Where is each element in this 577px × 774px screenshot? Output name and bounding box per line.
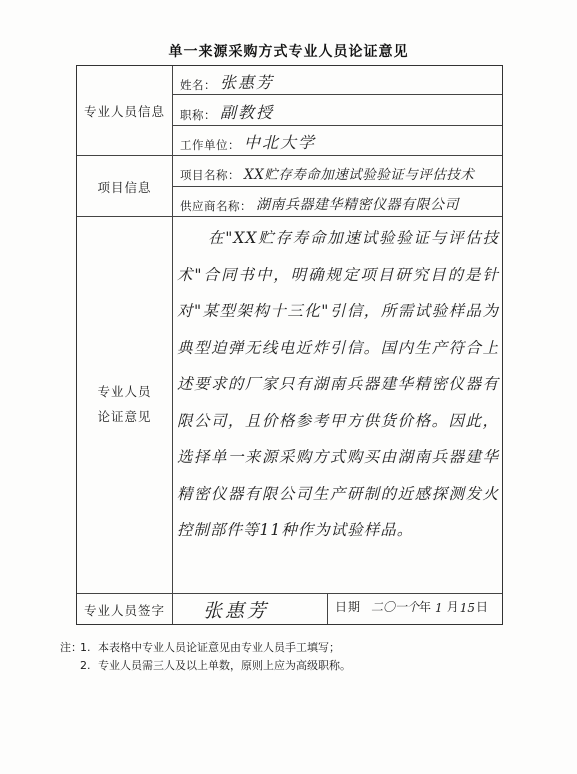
date-day-suffix: 日 [476,598,488,615]
document-title: 单一来源采购方式专业人员论证意见 [0,41,577,61]
note-text: 本表格中专业人员论证意见由专业人员手工填写； [98,639,340,657]
signature-label: 专业人员签字 [77,601,172,619]
title-label: 职称： [180,107,216,123]
column-divider [172,66,173,593]
date-field[interactable]: 日期 二〇一个 年 1 月 15 日 [335,598,488,615]
project-name-label: 项目名称： [180,167,240,183]
opinion-label-line2: 论证意见 [77,404,172,429]
date-month: 1 [435,601,443,615]
signature-value[interactable]: 张惠芳 [203,596,269,623]
date-year: 二〇一个 [371,598,419,615]
date-day: 15 [460,601,475,615]
opinion-label-line1: 专业人员 [77,379,172,404]
note-number: 1. [80,639,98,657]
project-name-field[interactable]: 项目名称： XX贮存寿命加速试验验证与评估技术 [180,159,502,183]
employer-label: 工作单位： [180,137,240,153]
note-item: 注： 1. 本表格中专业人员论证意见由专业人员手工填写； [60,639,351,657]
section-divider [77,216,502,217]
date-month-suffix: 月 [447,598,459,615]
notes-section: 注： 1. 本表格中专业人员论证意见由专业人员手工填写； 2. 专业人员需三人及… [60,639,351,675]
opinion-label: 专业人员 论证意见 [77,379,172,429]
title-value: 副教授 [220,100,274,123]
date-label: 日期 [335,598,361,615]
employer-field[interactable]: 工作单位： 中北大学 [180,129,316,153]
supplier-label: 供应商名称： [180,198,252,214]
note-item: 2. 专业人员需三人及以上单数，原则上应为高级职称。 [60,657,351,675]
row-divider [172,125,502,126]
row-divider [172,186,502,187]
name-field[interactable]: 姓名： 张惠芳 [180,69,274,93]
supplier-value: 湖南兵器建华精密仪器有限公司 [256,194,459,214]
name-label: 姓名： [180,77,216,93]
section-divider [77,155,502,156]
section-divider [77,593,502,594]
project-name-value: XX贮存寿命加速试验验证与评估技术 [244,163,474,183]
notes-prefix: 注： [60,639,80,657]
opinion-text-area[interactable]: 在"XX贮存寿命加速试验验证与评估技术"合同书中，明确规定项目研究目的是针对"某… [177,220,499,549]
note-text: 专业人员需三人及以上单数，原则上应为高级职称。 [98,657,351,675]
note-indent [60,657,80,675]
row-divider [172,94,502,95]
opinion-form-table: 专业人员信息 姓名： 张惠芳 职称： 副教授 工作单位： 中北大学 项目信息 项… [76,65,503,625]
name-value: 张惠芳 [220,70,274,93]
date-year-suffix: 年 [419,598,431,615]
expert-info-label: 专业人员信息 [77,102,172,120]
employer-value: 中北大学 [244,130,316,153]
date-divider [327,593,328,624]
note-number: 2. [80,657,98,675]
supplier-field[interactable]: 供应商名称： 湖南兵器建华精密仪器有限公司 [180,190,459,214]
opinion-text: 在"XX贮存寿命加速试验验证与评估技术"合同书中，明确规定项目研究目的是针对"某… [177,220,499,549]
title-field[interactable]: 职称： 副教授 [180,99,274,123]
project-info-label: 项目信息 [77,178,172,196]
column-divider-signature [172,593,173,624]
